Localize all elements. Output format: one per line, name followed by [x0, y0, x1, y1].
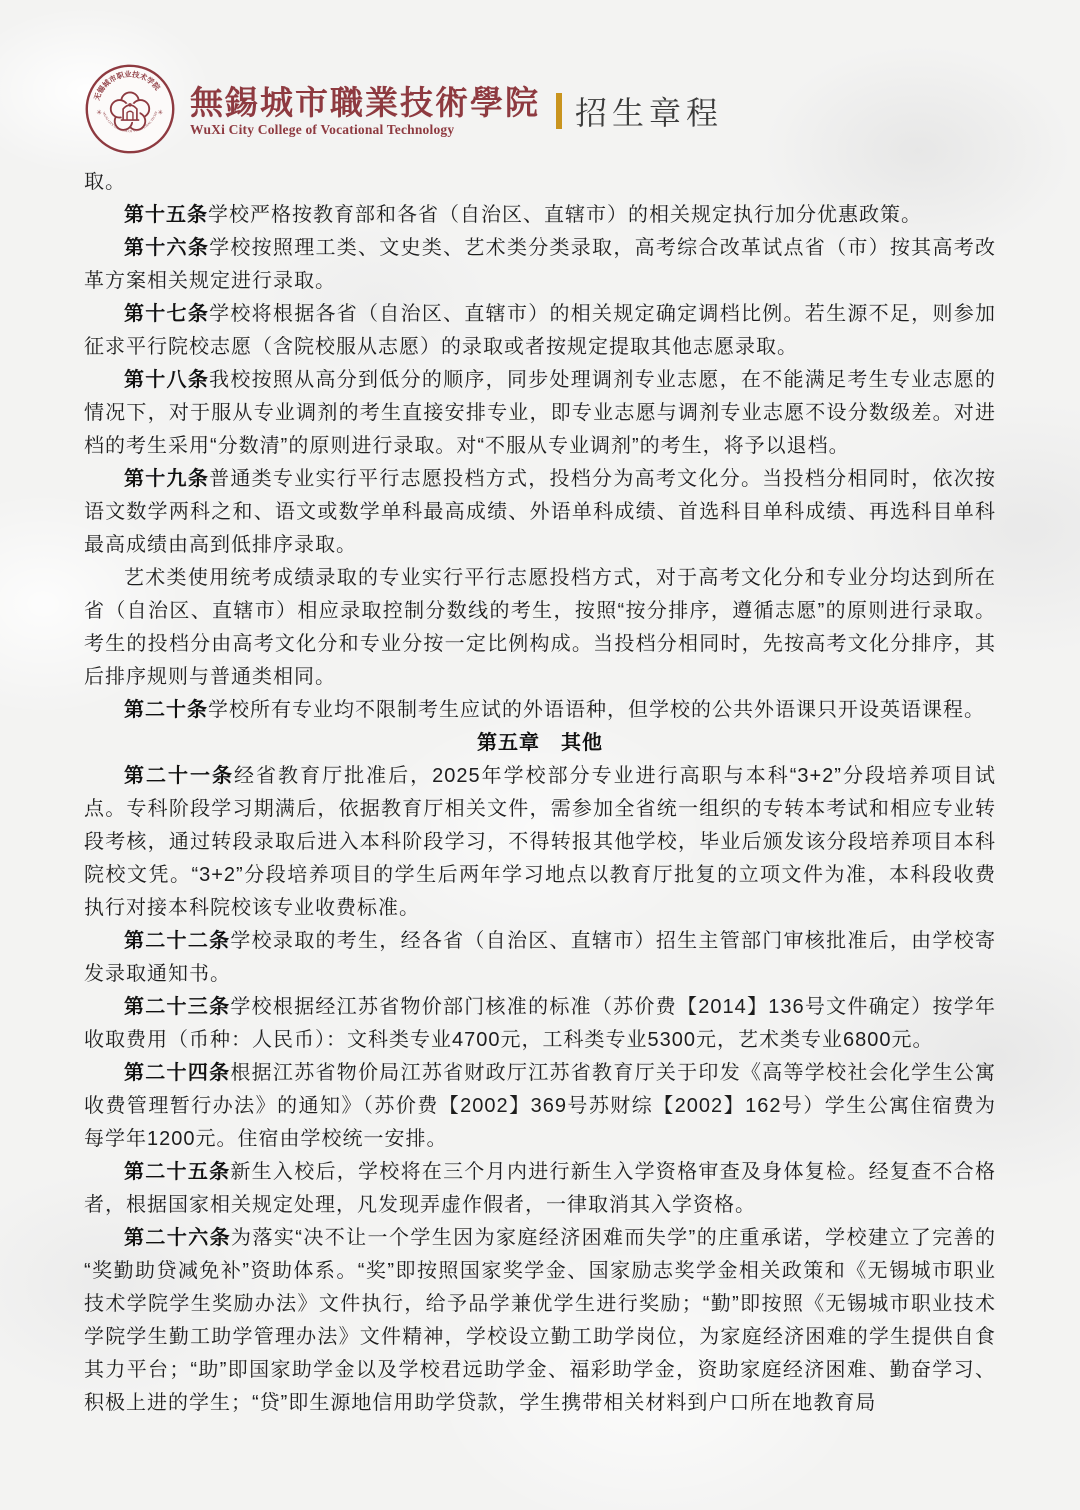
college-seal-icon: 无锡城市职业技术学院 WUXI CITY COLLEGE OF VOCATION…: [84, 63, 176, 160]
article-number: 第十六条: [124, 237, 209, 259]
paragraph: 艺术类使用统考成绩录取的专业实行平行志愿投档方式，对于高考文化分和专业分均达到所…: [84, 562, 996, 694]
article-number: 第二十五条: [124, 1161, 230, 1183]
article-number: 第十八条: [124, 369, 209, 391]
paragraph: 第十九条普通类专业实行平行志愿投档方式，投档分为高考文化分。当投档分相同时，依次…: [84, 463, 996, 562]
college-name-block: 無錫城市職業技術學院 WuXi City College of Vocation…: [190, 86, 540, 137]
svg-text:✳: ✳: [158, 109, 163, 116]
article-number: 第十五条: [124, 204, 208, 226]
article-number: 第十九条: [124, 468, 209, 490]
paragraph: 第二十六条为落实“决不让一个学生因为家庭经济困难而失学”的庄重承诺，学校建立了完…: [84, 1222, 996, 1420]
paragraph: 第二十四条根据江苏省物价局江苏省财政厅江苏省教育厅关于印发《高等学校社会化学生公…: [84, 1057, 996, 1156]
article-number: 第二十条: [124, 699, 208, 721]
paragraph: 第二十条学校所有专业均不限制考生应试的外语语种，但学校的公共外语课只开设英语课程…: [84, 694, 996, 727]
gold-divider-bar: [556, 93, 562, 129]
article-number: 第二十六条: [124, 1227, 231, 1249]
paragraph: 第十五条学校严格按教育部和各省（自治区、直辖市）的相关规定执行加分优惠政策。: [84, 199, 996, 232]
page-header: 无锡城市职业技术学院 WUXI CITY COLLEGE OF VOCATION…: [0, 0, 1080, 160]
paragraph: 第十八条我校按照从高分到低分的顺序，同步处理调剂专业志愿，在不能满足考生专业志愿…: [84, 364, 996, 463]
paragraph: 第二十一条经省教育厅批准后，2025年学校部分专业进行高职与本科“3+2”分段培…: [84, 760, 996, 925]
college-name-en: WuXi City College of Vocational Technolo…: [190, 123, 540, 137]
article-number: 第十七条: [124, 303, 209, 325]
document-body: 取。第十五条学校严格按教育部和各省（自治区、直辖市）的相关规定执行加分优惠政策。…: [0, 160, 1080, 1420]
paragraph: 第二十三条学校根据经江苏省物价部门核准的标准（苏价费【2014】136号文件确定…: [84, 991, 996, 1057]
paragraph: 第二十二条学校录取的考生，经各省（自治区、直辖市）招生主管部门审核批准后，由学校…: [84, 925, 996, 991]
chapter-heading: 第五章 其他: [84, 727, 996, 760]
article-number: 第二十二条: [124, 930, 230, 952]
paragraph: 第十六条学校按照理工类、文史类、艺术类分类录取，高考综合改革试点省（市）按其高考…: [84, 232, 996, 298]
article-number: 第二十一条: [124, 765, 234, 787]
paragraph: 第十七条学校将根据各省（自治区、直辖市）的相关规定确定调档比例。若生源不足，则参…: [84, 298, 996, 364]
college-name-zh: 無錫城市職業技術學院: [190, 86, 540, 119]
svg-text:✳: ✳: [96, 109, 101, 116]
article-number: 第二十四条: [124, 1062, 230, 1084]
paragraph: 第二十五条新生入校后，学校将在三个月内进行新生入学资格审查及身体复检。经复查不合…: [84, 1156, 996, 1222]
page-tag-title: 招生章程: [575, 88, 723, 134]
paragraph: 取。: [84, 166, 996, 199]
admissions-charter-page: 无锡城市职业技术学院 WUXI CITY COLLEGE OF VOCATION…: [0, 0, 1080, 1420]
article-number: 第二十三条: [124, 996, 230, 1018]
